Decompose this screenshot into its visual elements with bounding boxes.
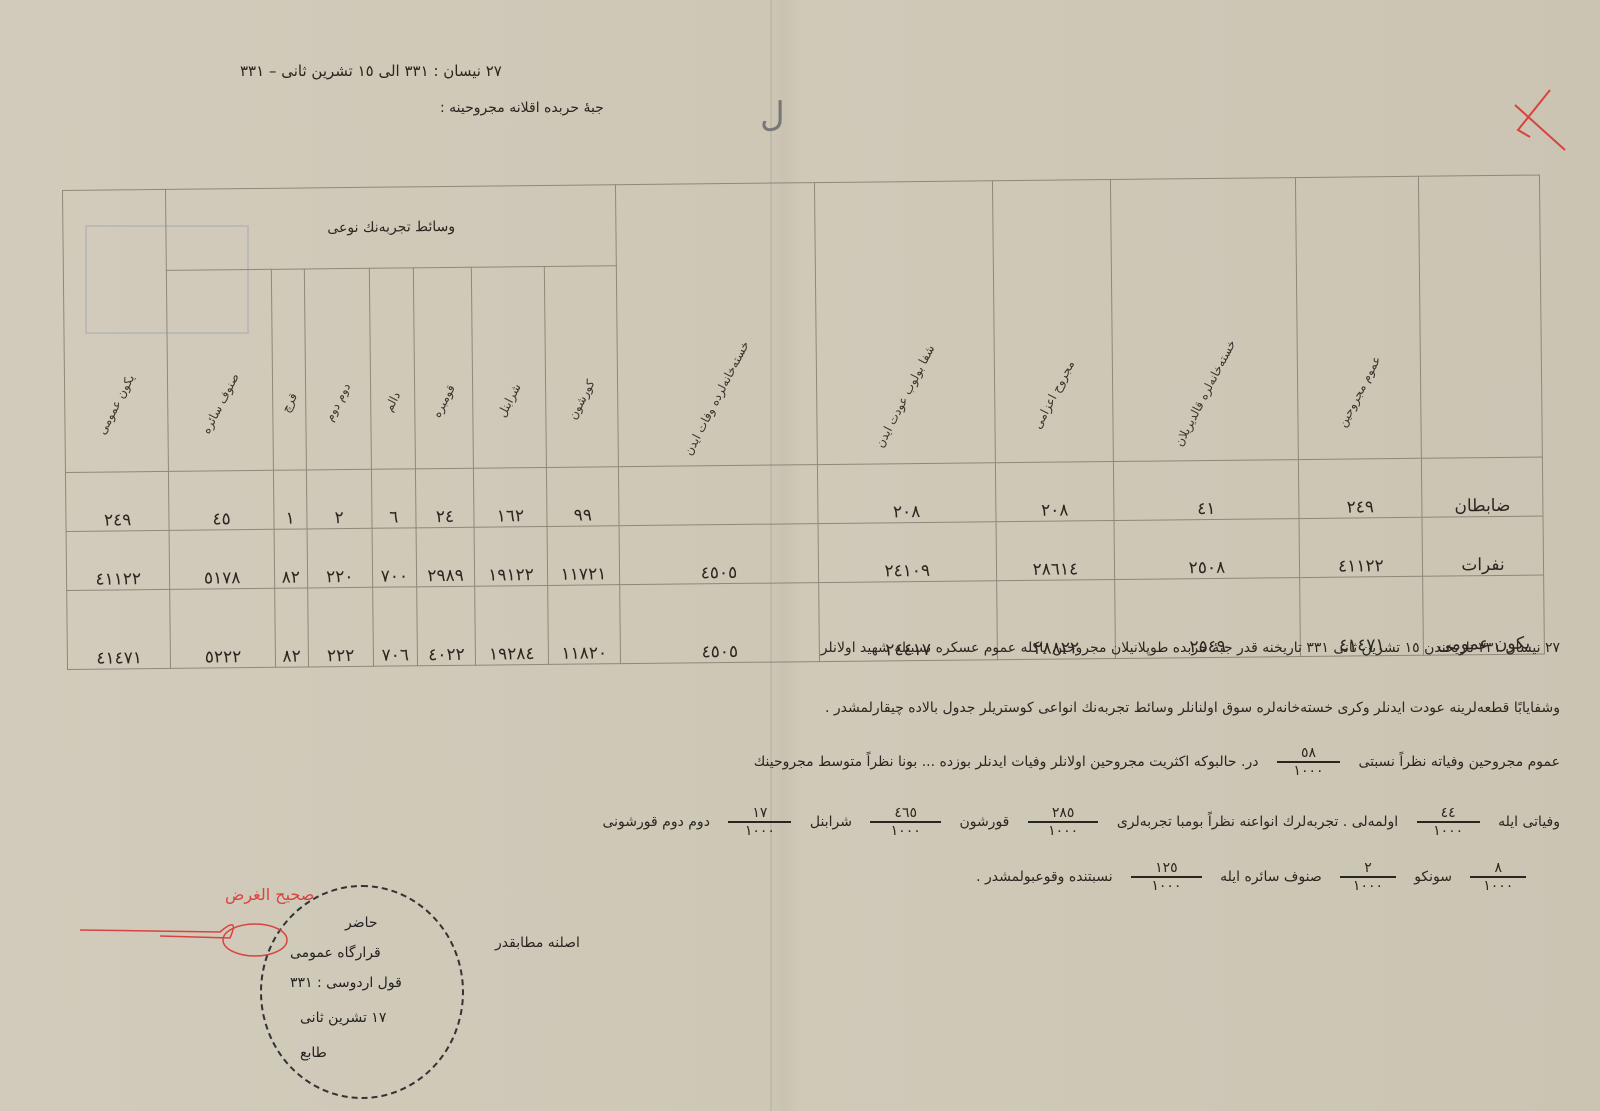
seal-line: قرارگاه عمومی bbox=[290, 945, 381, 961]
table-header-row: عموم مجروحين خسته‌خانه‌لره قالدیریلان مج… bbox=[63, 175, 1541, 271]
cell: ١٩١٢٢ bbox=[474, 526, 547, 586]
casualty-table: عموم مجروحين خسته‌خانه‌لره قالدیریلان مج… bbox=[62, 175, 1545, 670]
col-header-recovered: شفا بولوب عودت ایدن bbox=[814, 181, 995, 465]
cell: ٨٢ bbox=[275, 588, 309, 667]
cell: ٧٠٦ bbox=[372, 587, 417, 666]
cell: ٤٥ bbox=[169, 470, 274, 530]
paragraph-line-2: وشفايابًا قطعه‌لرينه عودت ايدنلر وكرى خس… bbox=[825, 700, 1560, 716]
document-subject: جبهٔ حربده اقلانه مجروحينه : bbox=[440, 100, 604, 116]
cell: ٩٩ bbox=[546, 467, 619, 527]
cell: ٢٥٠٨ bbox=[1114, 519, 1299, 580]
col-header-evac: مجروح اعزامی bbox=[992, 180, 1113, 463]
red-cross-mark-icon bbox=[1510, 85, 1570, 155]
col-header-cold: دالم bbox=[369, 268, 415, 469]
col-header-died: خسته‌خانه‌لرده وفات ایدن bbox=[616, 183, 818, 467]
seal-line: حاضر bbox=[345, 915, 378, 931]
seal-line: قول اردوسى : ٣٣١ bbox=[290, 975, 402, 991]
paragraph-line-5: ٨١٠٠٠ سونكو ٢١٠٠٠ صنوف سائره ايله ١٢٥١٠٠… bbox=[976, 860, 1540, 894]
copy-conformity-note: اصلنه مطابقدر bbox=[495, 935, 580, 951]
cell: ٥٢٢٢ bbox=[170, 588, 275, 668]
seal-line: طابع bbox=[300, 1045, 327, 1061]
cell: ٨٢ bbox=[274, 529, 307, 588]
cell: ٤١ bbox=[1113, 460, 1298, 521]
fraction: ٥٨١٠٠٠ bbox=[1277, 745, 1340, 779]
col-header-bomb: دوم دوم bbox=[304, 268, 371, 470]
cell: ١ bbox=[273, 470, 306, 529]
cell: ١١٧٢١ bbox=[547, 526, 620, 586]
col-header-bullet: كورشون bbox=[544, 266, 619, 468]
group-header-weapon-types: وسائط تجربه‌نك نوعى bbox=[166, 185, 617, 271]
col-header-stone: قرچ bbox=[271, 269, 306, 470]
col-row-label-header bbox=[1418, 175, 1542, 458]
cell: ٤١١٢٢ bbox=[66, 530, 170, 590]
paragraph-line-4: وفياتى ايله ٤٤١٠٠٠ اولمه‌لى . تجربه‌لرك … bbox=[602, 805, 1560, 839]
cell: ٧٠٠ bbox=[372, 528, 417, 587]
cell: ٢٤١٠٩ bbox=[818, 522, 997, 583]
cell: ٢٤ bbox=[415, 468, 474, 528]
paragraph-line-3: عموم مجروحين وفياته نظراً نسبتى ٥٨١٠٠٠ د… bbox=[754, 745, 1560, 779]
cell: ٤٥٠٥ bbox=[619, 524, 818, 585]
cell: ٢٤٩ bbox=[1298, 458, 1422, 518]
col-header-shrapnel: شرابنل bbox=[472, 266, 547, 468]
cell: ١١٨٢٠ bbox=[547, 585, 620, 665]
row-label: نفرات bbox=[1422, 516, 1544, 576]
cell bbox=[619, 465, 818, 526]
cell: ٦ bbox=[371, 469, 416, 528]
cell: ٤١٤٧١ bbox=[67, 589, 171, 669]
page-mark: ل bbox=[760, 95, 785, 135]
cell: ٤٥٠٥ bbox=[620, 583, 819, 664]
cell: ١٦٢ bbox=[474, 467, 547, 527]
cell: ٢٤٩ bbox=[65, 471, 169, 531]
cell: ٤٠٢٢ bbox=[417, 586, 476, 666]
paragraph-line-1: ٢٧ نيسان ٣٣١ تاريخندن ١٥ تشرين ثانی ٣٣١ … bbox=[821, 640, 1560, 656]
seal-line: ١٧ تشرين ثانی bbox=[300, 1010, 386, 1026]
document-date-range: ٢٧ نيسان : ٣٣١ الى ١٥ تشرين ثانی – ٣٣١ bbox=[240, 62, 502, 80]
col-header-sum: يكون عمومی bbox=[63, 189, 169, 472]
cell: ٢٩٨٩ bbox=[416, 527, 475, 587]
col-header-outside: خسته‌خانه‌لره قالدیریلان bbox=[1110, 178, 1298, 462]
cell: ٢٨٦١٤ bbox=[996, 521, 1115, 581]
cell: ٢٠٨ bbox=[817, 463, 996, 524]
cell: ٥١٧٨ bbox=[170, 529, 275, 589]
cell: ٢٢٢ bbox=[307, 587, 373, 667]
col-header-bayonet: قومبره bbox=[413, 267, 473, 469]
cell: ٢٠٨ bbox=[995, 462, 1114, 522]
red-annotation: صحيح الغرض bbox=[225, 885, 314, 904]
row-label: ضابطان bbox=[1421, 457, 1543, 517]
cell: ٤١١٢٢ bbox=[1299, 517, 1423, 577]
cell: ٢ bbox=[306, 469, 372, 529]
cell: ٢٢٠ bbox=[307, 528, 373, 588]
cell: ١٩٢٨٤ bbox=[475, 585, 548, 665]
col-header-other: صنوف سائره bbox=[167, 269, 274, 471]
red-signature-icon bbox=[80, 910, 300, 960]
col-header-total: عموم مجروحين bbox=[1295, 176, 1421, 459]
